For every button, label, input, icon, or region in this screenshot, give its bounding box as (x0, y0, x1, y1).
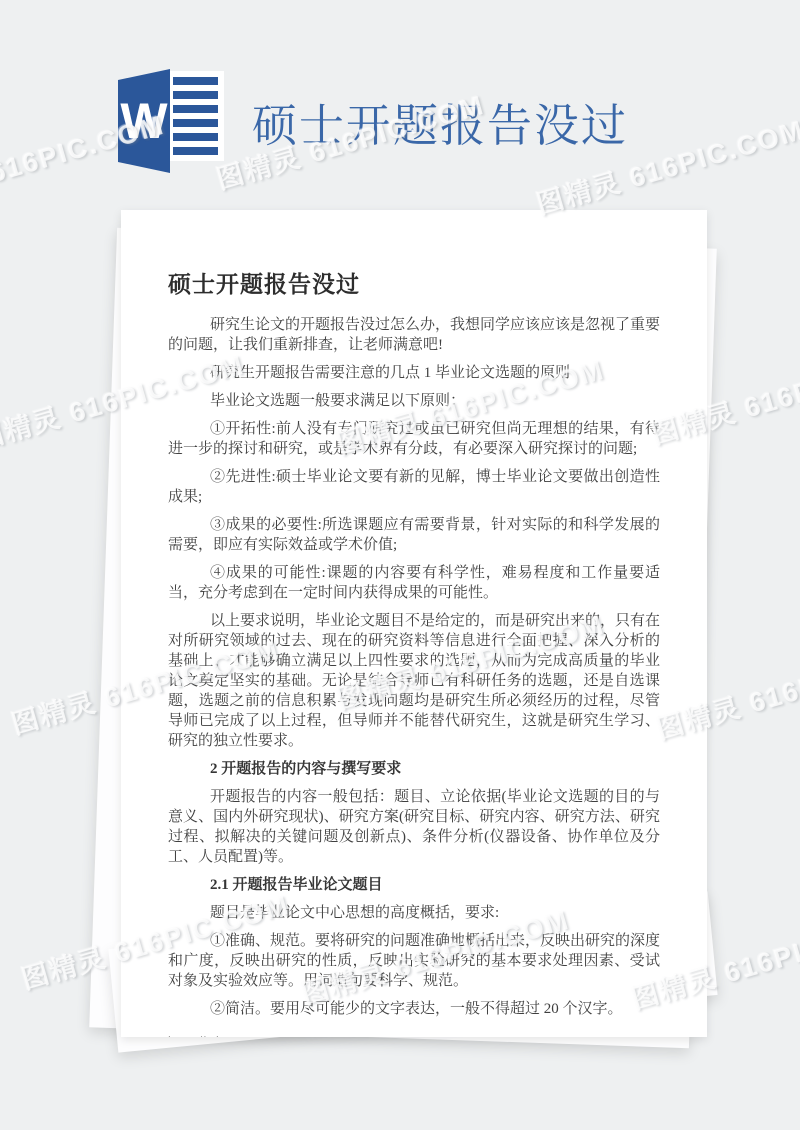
page-title: 硕士开题报告没过 (252, 89, 628, 154)
paragraph: ②先进性:硕士毕业论文要有新的见解，博士毕业论文要做出创造性成果; (168, 467, 660, 507)
document-page: 硕士开题报告没过 研究生论文的开题报告没过怎么办，我想同学应该应该是忽视了重要的… (121, 210, 707, 1037)
svg-text:W: W (120, 93, 168, 149)
paragraph: ①准确、规范。要将研究的问题准确地概括出来，反映出研究的深度和广度，反映出研究的… (168, 931, 660, 991)
paragraph: ③成果的必要性:所选课题应有需要背景，针对实际的和科学发展的需要，即应有实际效益… (168, 515, 660, 555)
footer-url: https://tukuppt.com (168, 1035, 660, 1037)
page-canvas: W 硕士开题报告没过 硕士开题报告没过 研究生论文的开题报告没过怎么办，我想同学… (0, 0, 800, 1130)
document-title: 硕士开题报告没过 (168, 266, 660, 299)
word-icon: W (110, 66, 228, 176)
section-heading: 2 开题报告的内容与撰写要求 (168, 759, 660, 779)
section-heading: 2.1 开题报告毕业论文题目 (168, 875, 660, 895)
paragraph: ①开拓性:前人没有专门研究过或虽已研究但尚无理想的结果，有待进一步的探讨和研究，… (168, 419, 660, 459)
paragraph: 研究生开题报告需要注意的几点 1 毕业论文选题的原则 (168, 363, 660, 383)
paragraph: 毕业论文选题一般要求满足以下原则： (168, 391, 660, 411)
header: W 硕士开题报告没过 (110, 64, 628, 178)
paragraph: 开题报告的内容一般包括：题目、立论依据(毕业论文选题的目的与意义、国内外研究现状… (168, 787, 660, 867)
paragraph: 题目是毕业论文中心思想的高度概括，要求: (168, 903, 660, 923)
paragraph: ②简洁。要用尽可能少的文字表达，一般不得超过 20 个汉字。 (168, 999, 660, 1019)
document-body: 研究生论文的开题报告没过怎么办，我想同学应该应该是忽视了重要的问题，让我们重新排… (168, 315, 660, 1019)
paragraph: 以上要求说明，毕业论文题目不是给定的，而是研究出来的，只有在对所研究领域的过去、… (168, 611, 660, 751)
paragraph: 研究生论文的开题报告没过怎么办，我想同学应该应该是忽视了重要的问题，让我们重新排… (168, 315, 660, 355)
paragraph: ④成果的可能性:课题的内容要有科学性，难易程度和工作量要适当，充分考虑到在一定时… (168, 563, 660, 603)
